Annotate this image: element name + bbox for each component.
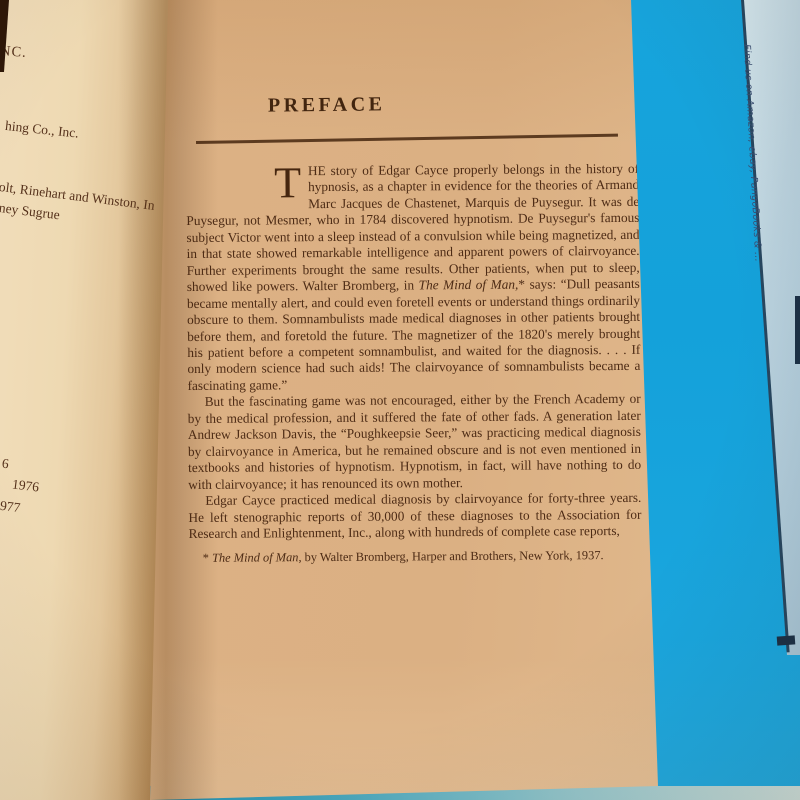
copyright-fragment: 977	[0, 498, 21, 516]
footnote: * The Mind of Man, by Walter Bromberg, H…	[189, 548, 642, 567]
copyright-fragment: hing Co., Inc.	[4, 118, 79, 142]
heading-rule	[196, 134, 618, 144]
right-edge-shadow	[795, 296, 800, 364]
body-text: THE story of Edgar Cayce properly belong…	[186, 161, 642, 567]
paragraph: Edgar Cayce practiced medical diagnosis …	[188, 490, 641, 543]
drop-cap: T	[274, 166, 301, 199]
page-title: PREFACE	[268, 93, 386, 117]
copyright-fragment: 1976	[11, 476, 40, 495]
paragraph-text: HE story of Edgar Cayce properly belongs…	[186, 161, 640, 393]
facing-page: NC. hing Co., Inc. olt, Rinehart and Win…	[0, 0, 172, 800]
book-photo: Find us on Amazon, ebay, PangoBooks & ..…	[0, 0, 800, 800]
paragraph: THE story of Edgar Cayce properly belong…	[186, 161, 641, 395]
copyright-fragment: 6	[1, 456, 10, 473]
copyright-fragment: ney Sugrue	[0, 200, 61, 223]
cover-edge-shadow	[777, 635, 796, 645]
paragraph: But the fascinating game was not encoura…	[188, 391, 642, 493]
